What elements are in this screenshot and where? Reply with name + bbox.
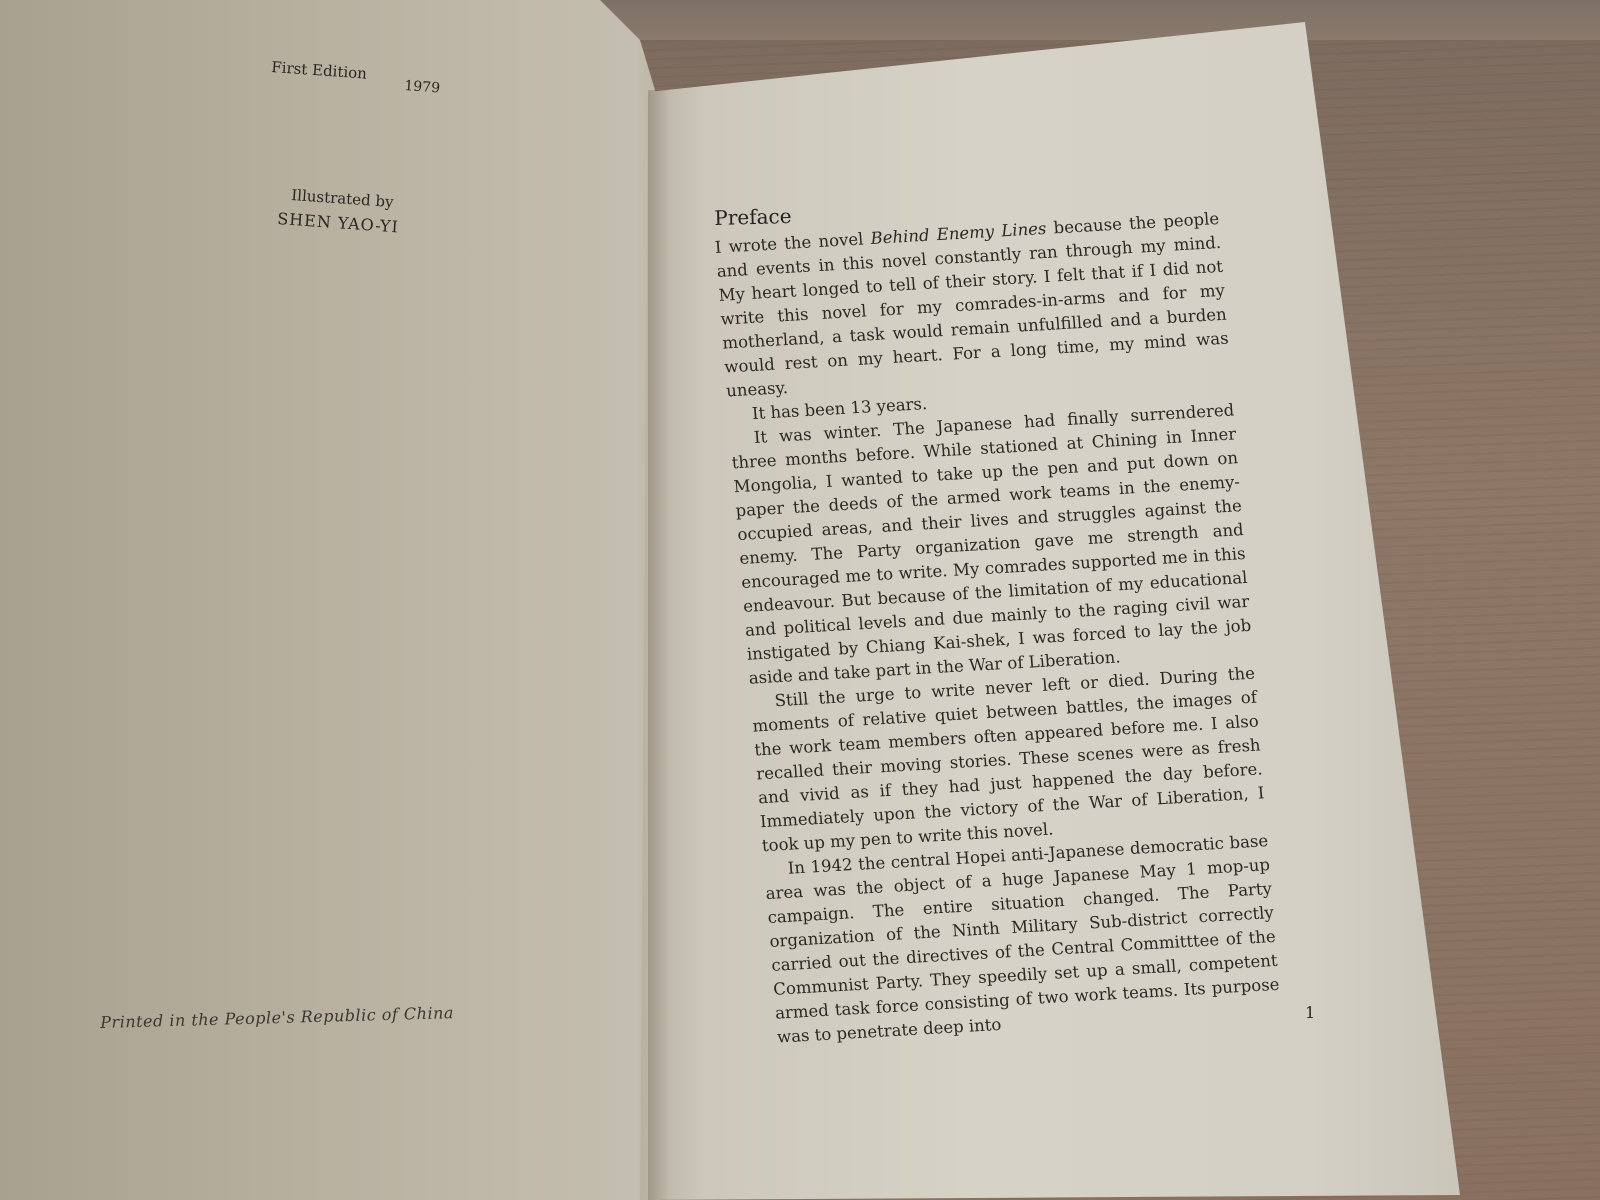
book-gutter bbox=[648, 90, 670, 1200]
page-number: 1 bbox=[1305, 1003, 1315, 1022]
preface-heading: Preface bbox=[714, 204, 792, 230]
edition-year: 1979 bbox=[404, 78, 441, 96]
paragraph-3: It was winter. The Japanese had finally … bbox=[729, 398, 1254, 690]
paragraph-4: Still the urge to write never left or di… bbox=[750, 662, 1267, 859]
preface-body: I wrote the novel Behind Enemy Lines bec… bbox=[714, 207, 1282, 1050]
table-shadow bbox=[560, 0, 1600, 40]
paragraph-1: I wrote the novel Behind Enemy Lines bec… bbox=[714, 207, 1231, 404]
paragraph-5: In 1942 the central Hopei anti-Japanese … bbox=[763, 829, 1282, 1050]
